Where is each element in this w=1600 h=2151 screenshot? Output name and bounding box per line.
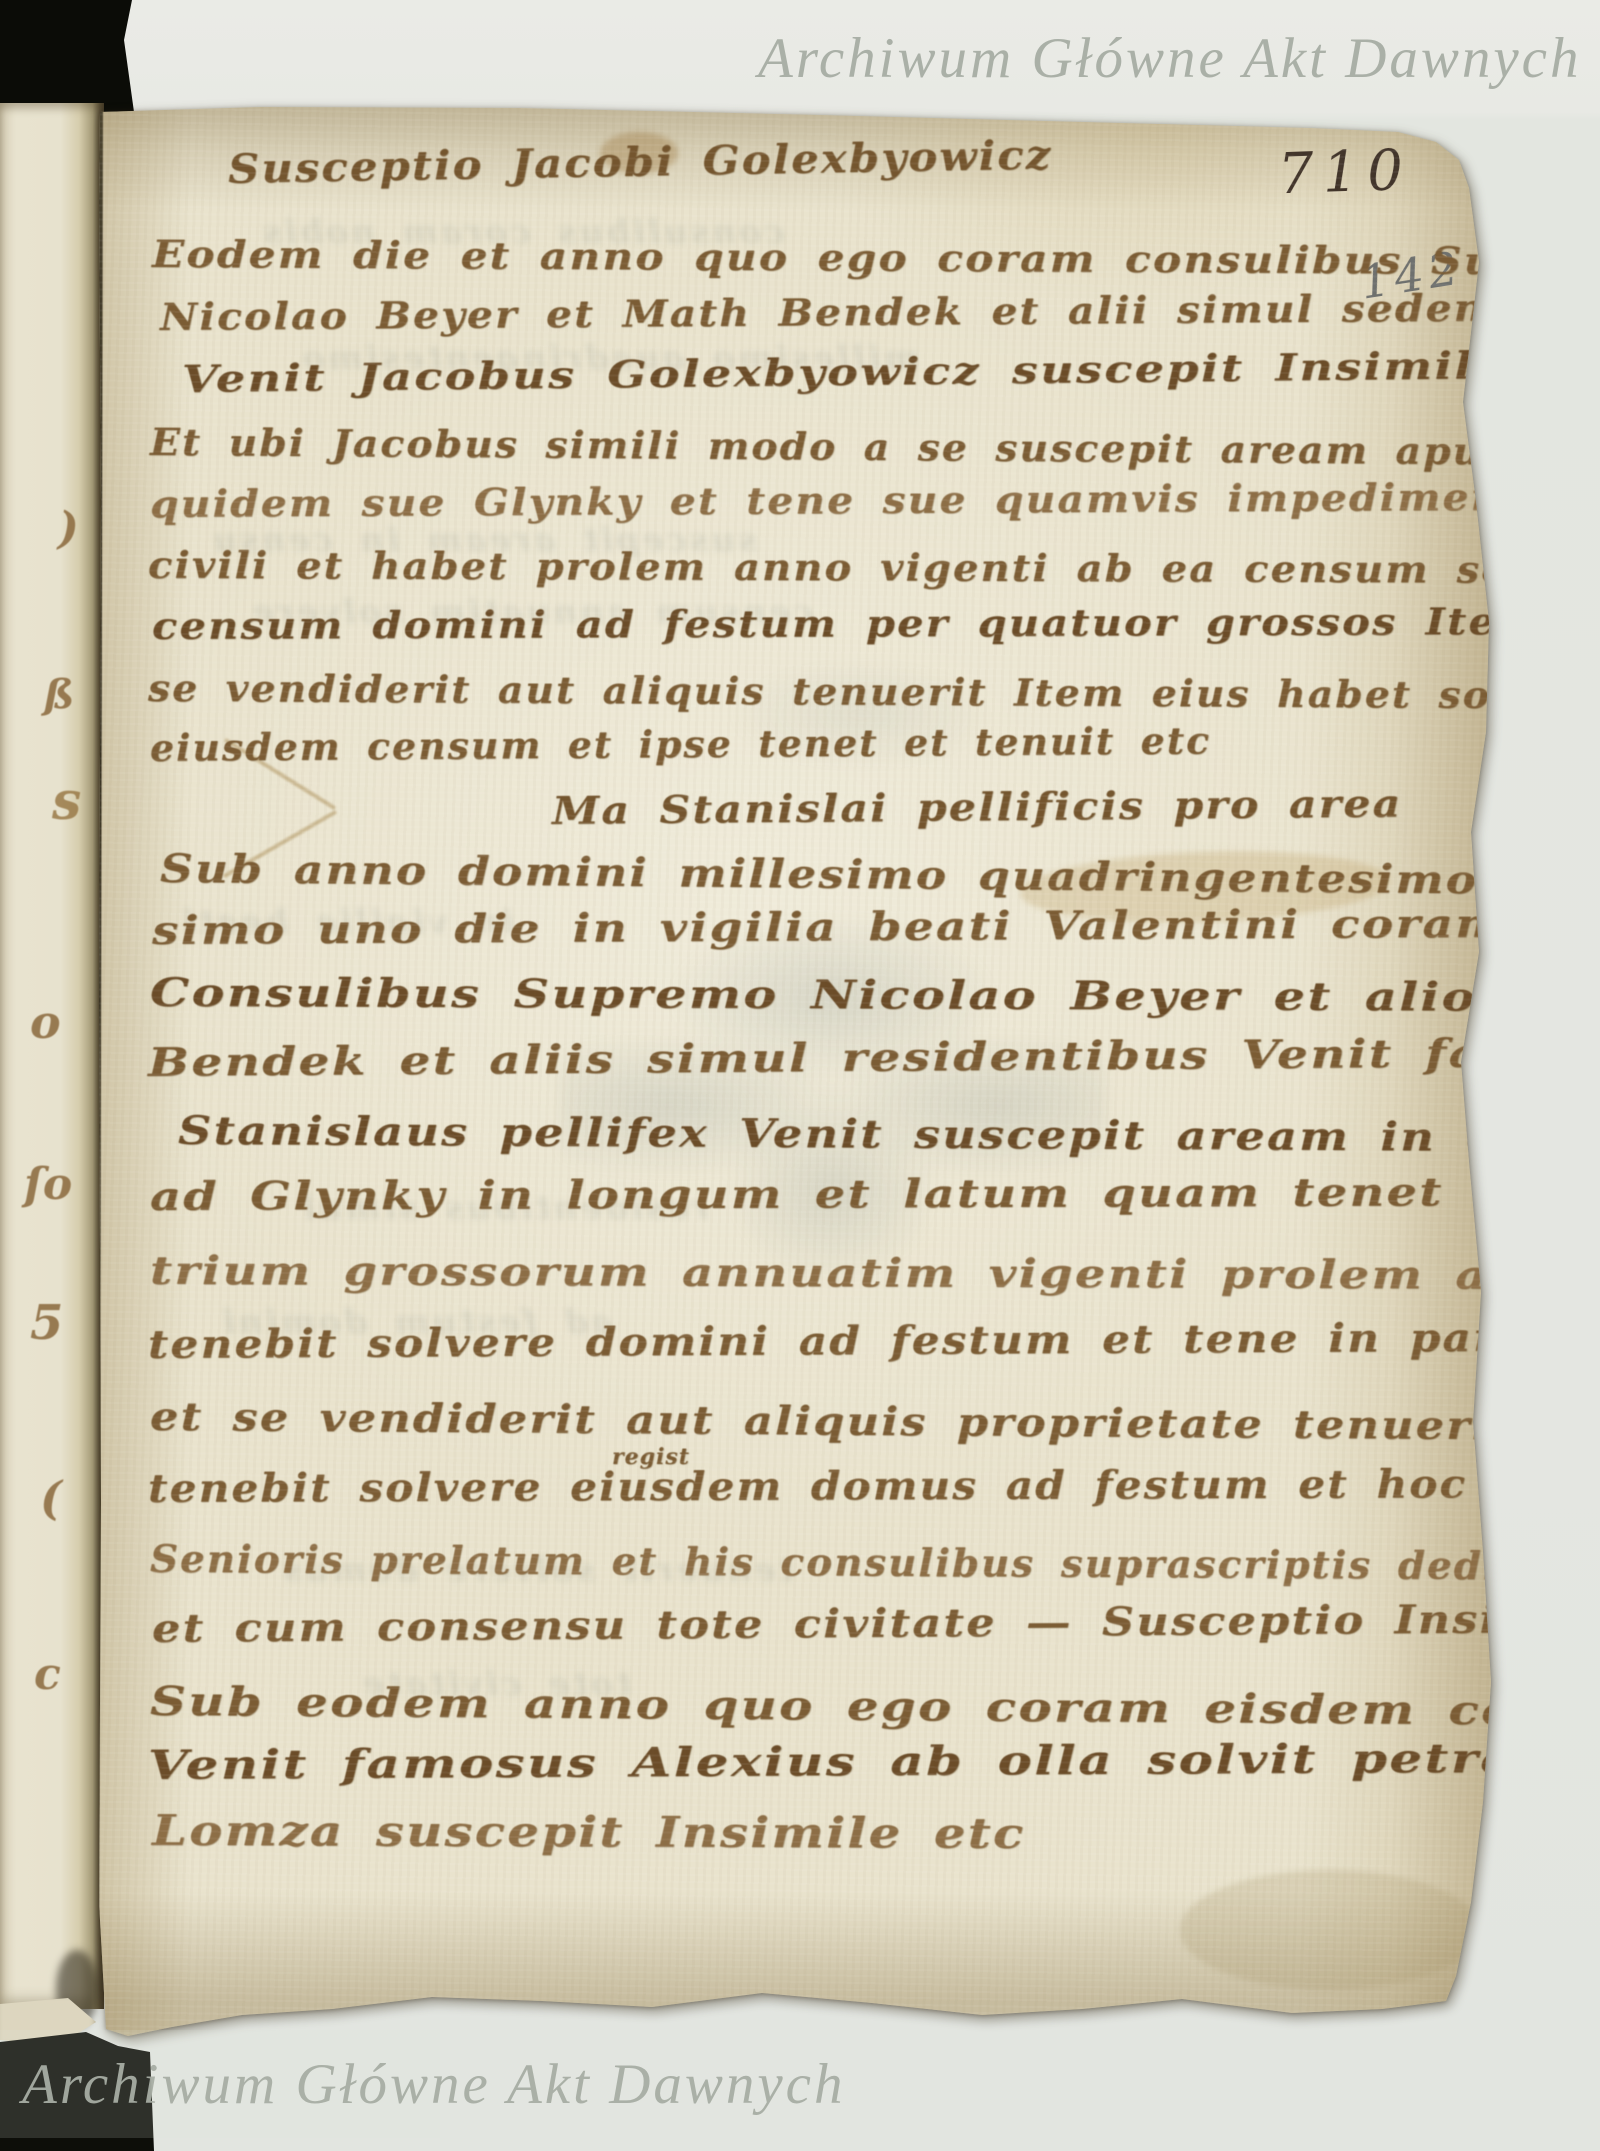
interlinear-insertion: regist <box>612 1444 690 1470</box>
gutter-shadow <box>90 104 103 2009</box>
manuscript-line: Consulibus Supremo Nicolao Beyer et alio… <box>150 970 1600 1021</box>
manuscript-page: consulibus coram nobis millesimo quadrin… <box>0 0 1600 2151</box>
manuscript-line: Bendek et aliis simul residentibus Venit… <box>148 1029 1600 1086</box>
manuscript-line: Et ubi Jacobus simili modo a se suscepit… <box>150 420 1600 475</box>
manuscript-line: tenebit solvere eiusdem domus ad festum … <box>148 1460 1600 1512</box>
manuscript-line: Eodem die et anno quo ego coram consulib… <box>152 232 1600 284</box>
manuscript-line: Lomza suscepit Insimile etc <box>152 1806 1026 1858</box>
manuscript-line: ad Glynky in longum et latum quam tenet … <box>150 1168 1600 1220</box>
showthrough-crest-ghost <box>560 905 1105 1290</box>
manuscript-line: Stanislaus pellifex Venit suscepit aream… <box>178 1108 1600 1162</box>
folio-number-ink: 710 <box>1277 138 1413 208</box>
manuscript-line: Sub anno domini millesimo quadringentesi… <box>160 846 1600 906</box>
manuscript-line: Nicolao Beyer et Math Bendek et alii sim… <box>160 285 1560 339</box>
manuscript-page-shadow: consulibus coram nobis millesimo quadrin… <box>0 0 1600 2151</box>
manuscript-line: trium grossorum annuatim vigenti prolem … <box>150 1248 1597 1299</box>
manuscript-line: se vendiderit aut aliquis tenuerit Item … <box>148 666 1600 718</box>
manuscript-heading: Susceptio Jacobi Golexbyowicz <box>228 132 1053 193</box>
manuscript-line: censum domini ad festum per quatuor gros… <box>152 599 1600 648</box>
manuscript-line: Senioris prelatum et his consulibus supr… <box>150 1536 1600 1590</box>
manuscript-line: et cum consensu tote civitate — Suscepti… <box>152 1596 1600 1652</box>
showthrough-ghost <box>680 640 1040 790</box>
manuscript-line: simo uno die in vigilia beati Valentini … <box>152 900 1600 954</box>
manuscript-line: eiusdem censum et ipse tenet et tenuit e… <box>150 719 1211 770</box>
manuscript-heading: Ma Stanislai pellificis pro area <box>552 781 1403 833</box>
manuscript-line: quidem sue Glynky et tene sue quamvis im… <box>150 474 1600 526</box>
archive-watermark-bottom: Archiwum Główne Akt Dawnych <box>22 2052 845 2117</box>
manuscript-line: et se vendiderit aut aliquis proprietate… <box>150 1394 1600 1451</box>
stain <box>1180 1870 1480 1990</box>
manuscript-line: tenebit solvere domini ad festum et tene… <box>148 1313 1600 1368</box>
archive-watermark-top: Archiwum Główne Akt Dawnych <box>758 26 1581 91</box>
manuscript-line: Venit famosus Alexius ab olla solvit pet… <box>148 1734 1600 1789</box>
manuscript-line: civili et habet prolem anno vigenti ab e… <box>148 543 1600 592</box>
manuscript-line: Sub eodem anno quo ego coram eisdem cons… <box>150 1678 1600 1736</box>
